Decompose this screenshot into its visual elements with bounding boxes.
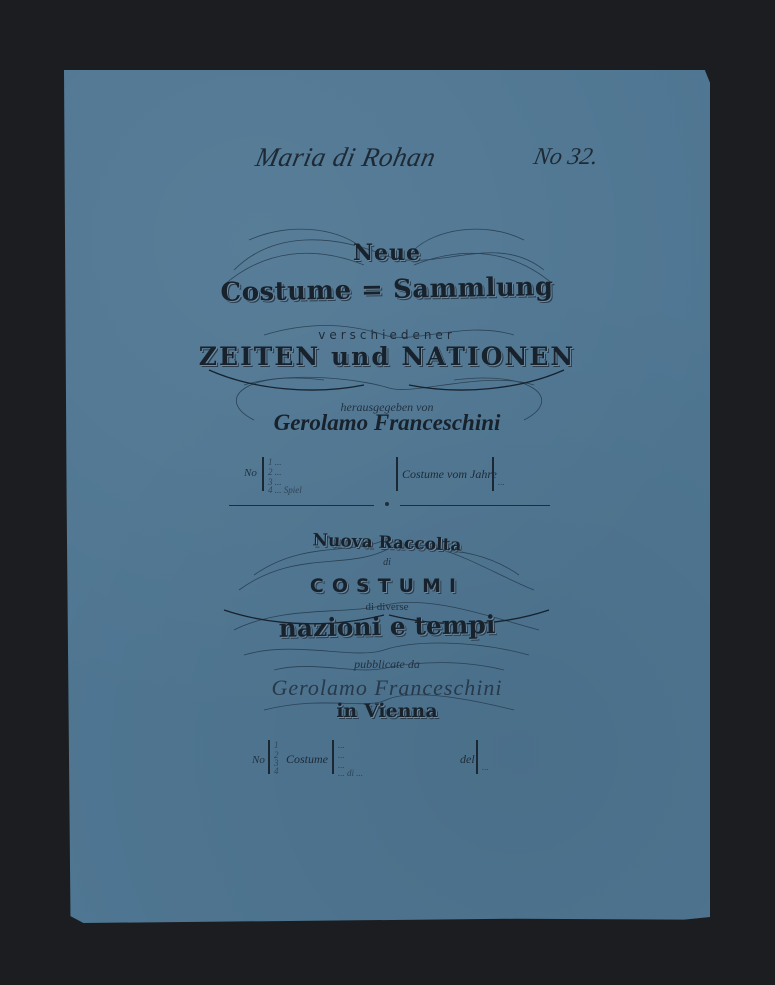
author-name-german: Gerolamo Franceschini [64, 410, 710, 436]
handwritten-name: Maria di Rohan [253, 142, 439, 173]
handwritten-number: No 32. [531, 144, 601, 171]
title-pubblicate-da: pubblicate da [64, 657, 710, 672]
ledger-entry: ... di ... [338, 768, 363, 778]
ledger-entry: ... [338, 750, 345, 760]
title-di: di [64, 557, 710, 568]
title-costumi: COSTUMI [64, 575, 710, 597]
ledger-no-label: No [252, 754, 265, 766]
divider-right [400, 505, 550, 506]
bracket-icon [332, 740, 334, 774]
decorative-flourishes [64, 70, 710, 923]
title-verschiedener: verschiedener [64, 328, 710, 342]
bracket-icon [492, 457, 494, 491]
ledger-center-text: Costume vom Jahre [402, 467, 497, 482]
ledger-del-label: del [460, 752, 475, 767]
ledger-entry: ... [338, 740, 345, 750]
bracket-icon [268, 740, 270, 774]
italian-ledger: No 1 2 3 4 Costume ... ... ... ... di ..… [64, 738, 710, 778]
bracket-icon [262, 457, 264, 491]
divider-dot [385, 502, 389, 506]
ledger-entry: 2 ... [268, 467, 282, 477]
divider-left [229, 505, 374, 506]
ledger-entry: 4 ... Spiel [268, 485, 302, 495]
author-name-italian: Gerolamo Franceschini [64, 675, 710, 701]
ledger-costume-label: Costume [286, 752, 328, 767]
ledger-right-text: ... [482, 762, 489, 772]
ledger-entry: 1 ... [268, 457, 282, 467]
ledger-no-label: No [244, 467, 257, 479]
bracket-icon [396, 457, 398, 491]
title-costume-sammlung: Costume = Sammlung [64, 269, 710, 310]
ledger-right-text: ... [498, 477, 505, 487]
title-in-vienna: in Vienna [64, 700, 710, 722]
title-zeiten-und-nationen: ZEITEN und NATIONEN [64, 342, 710, 371]
bracket-icon [476, 740, 478, 774]
german-ledger: No 1 ... 2 ... 3 ... 4 ... Spiel Costume… [64, 455, 710, 495]
paper-sheet: Maria di Rohan No 32. Neue Costume = Sam… [64, 70, 710, 923]
title-neue: Neue [64, 240, 710, 266]
ledger-number: 1 [274, 740, 279, 750]
ledger-number: 4 [274, 766, 279, 776]
